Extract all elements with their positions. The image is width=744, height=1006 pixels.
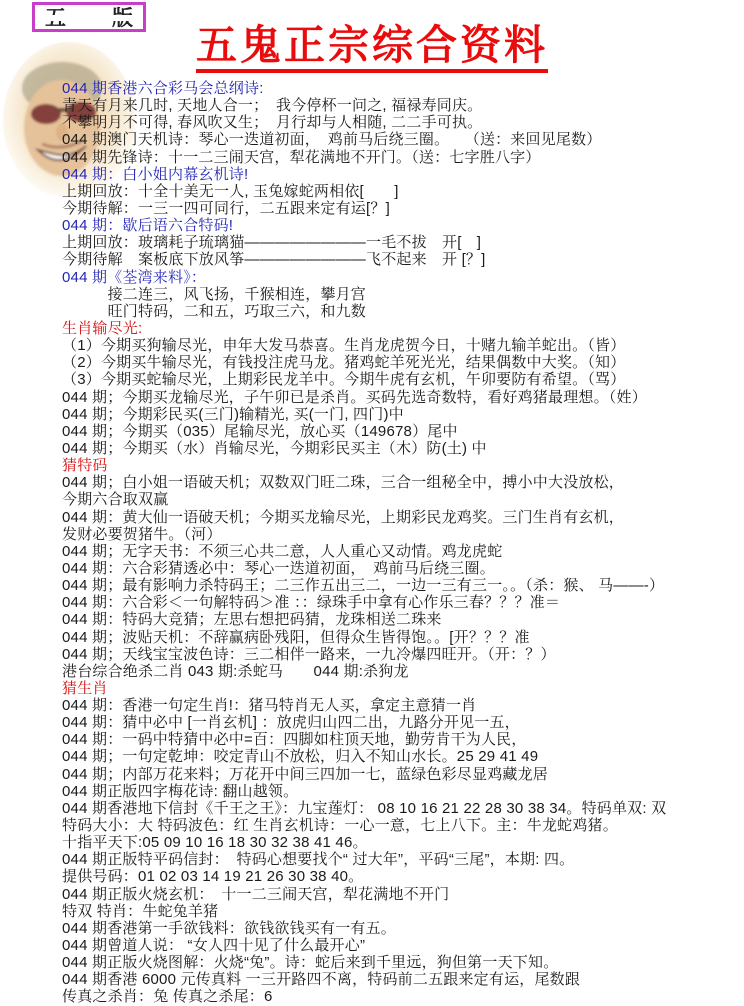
text-line: 上期回放：十全十美无一人, 玉兔嫁蛇两相依[ ] <box>62 183 742 200</box>
text-line: （3）今期买蛇输尽光，上期彩民龙羊中。今期牛虎有玄机，午卯要防有希望。（骂） <box>62 371 742 388</box>
text-line: 044 期：六合彩＜一句解特码＞准 ：：绿珠手中拿有心作乐三春？？？准＝ <box>62 594 742 611</box>
text-line: 044 期香港六合彩马会总纲诗: <box>62 80 742 97</box>
text-line: 旺门特码，二和五，巧取三六，和九数 <box>62 303 742 320</box>
text-line: 044 期；今期买（水）肖输尽光，今期彩民买主（木）防(土) 中 <box>62 440 742 457</box>
text-line: 044 期；波贴天机：不辞赢病卧残阳，但得众生皆得饱。。[开？？？准 <box>62 629 742 646</box>
text-line: 044 期；内部万花来料；万花开中间三四加一七，蓝绿色彩尽显鸡藏龙居 <box>62 766 742 783</box>
text-line: 044 期：白小姐内幕玄机诗! <box>62 166 742 183</box>
text-line: 今期六合取双赢 <box>62 491 742 508</box>
text-line: 044 期：猜中必中 [一肖玄机] ：放虎归山四二出，九路分开见一五， <box>62 714 742 731</box>
text-line: 特码大小：大 特码波色：红 生肖玄机诗：一心一意，七上八下。主：牛龙蛇鸡猪。 <box>62 817 742 834</box>
text-line: 044 期：黄大仙一语破天机；今期买龙输尽光，上期彩民龙鸡奖。三门生肖有玄机， <box>62 509 742 526</box>
text-line: 044 期：歇后语六合特码! <box>62 217 742 234</box>
text-line: 044 期；今期彩民买(三门)输精光, 买(一门, 四门)中 <box>62 406 742 423</box>
page-title: 五鬼正宗综合资料 <box>196 22 548 73</box>
stamp-slice-artifact <box>37 15 141 21</box>
text-line: 044 期香港第一手欲钱料：欲钱欲钱买有一有五。 <box>62 920 742 937</box>
text-line: 044 期《荃湾来料》： <box>62 269 742 286</box>
text-line: 港台综合绝杀二肖 043 期:杀蛇马 044 期:杀狗龙 <box>62 663 742 680</box>
text-line: 044 期；最有影响力杀特码王；二三作五出三二，一边一三有三一。。（杀：猴、 马… <box>62 577 742 594</box>
text-line: 生肖输尽光: <box>62 320 742 337</box>
text-line: 猜生肖 <box>62 680 742 697</box>
text-line: 044 期；一句定乾坤：咬定青山不放松，归入不知山水长。25 29 41 49 <box>62 748 742 765</box>
text-line: 044 期；无字天书：不须三心共二意，人人重心又动情。鸡龙虎蛇 <box>62 543 742 560</box>
text-line: 044 期正版火烧图解：火烧“兔”。诗：蛇后来到千里远，狗但第一天下知。 <box>62 954 742 971</box>
text-line: 044 期香港地下信封《千王之王》：九宝莲灯： 08 10 16 21 22 2… <box>62 800 742 817</box>
text-line: （1）今期买狗输尽光，申年大发马恭喜。生肖龙虎贺今日，十赌九输羊蛇出。（皆） <box>62 337 742 354</box>
text-line: 044 期澳门天机诗：琴心一迭道初面， 鸡前马后绕三圈。 （送：来回见尾数） <box>62 131 742 148</box>
text-line: 十指平天下:05 09 10 16 18 30 32 38 41 46。 <box>62 834 742 851</box>
text-line: 特双 特肖：牛蛇兔羊猪 <box>62 903 742 920</box>
text-line: 不攀明月不可得, 春风吹又生； 月行却与人相随, 二二手可执。 <box>62 114 742 131</box>
text-line: 044 期正版四字梅花诗: 翻山越领。 <box>62 783 742 800</box>
lottery-info-sheet: 五 版 <box>0 0 744 1006</box>
text-line: 044 期先锋诗：十一二三闹天宫，犁花满地不开门。（送：七字胜八字） <box>62 149 742 166</box>
text-line: 044 期；天线宝宝波色诗：三二相伴一路来，一九冷爆四旺开。（开：？） <box>62 646 742 663</box>
text-line: 044 期：特码大竞猜；左思右想把码猜，龙珠相送二珠来 <box>62 611 742 628</box>
text-line: 044 期；白小姐一语破天机；双数双门旺二珠，三合一组秘全中，搏小中大没放松， <box>62 474 742 491</box>
text-line: 提供号码：01 02 03 14 19 21 26 30 38 40。 <box>62 868 742 885</box>
text-line: 发财必要贺猪牛。（河） <box>62 526 742 543</box>
text-line: 今期待解：一三一四可同行，二五跟来定有运[？] <box>62 200 742 217</box>
edition-stamp: 五 版 <box>32 2 146 32</box>
text-line: 今期待解 案板底下放风筝————————飞不起来 开 [？] <box>62 251 742 268</box>
text-line: 044 期香港 6000 元传真料 一三开路四不离，特码前二五跟来定有运，尾数跟 <box>62 971 742 988</box>
text-line: 上期回放：玻璃耗子琉璃猫————————一毛不拔 开[ ] <box>62 234 742 251</box>
text-line: 接二连三，风飞扬，千猴相连，攀月宫 <box>62 286 742 303</box>
text-line: 044 期；今期买龙输尽光，子午卯已是杀肖。买码先选奇数特，看好鸡猪最理想。（姓… <box>62 389 742 406</box>
text-line: 044 期曾道人说： “女人四十见了什么最开心” <box>62 937 742 954</box>
text-line: 传真之杀肖：兔 传真之杀尾：6 <box>62 988 742 1005</box>
text-line: （2）今期买牛输尽光，有钱投注虎马龙。猪鸡蛇羊死光光，结果偶数中大奖。（知） <box>62 354 742 371</box>
text-line: 青天有月来几时, 天地人合一； 我今停杯一问之, 福禄寿同庆。 <box>62 97 742 114</box>
text-line: 044 期：香港一句定生肖!：猪马特肖无人买，拿定主意猜一肖 <box>62 697 742 714</box>
text-line: 猜特码 <box>62 457 742 474</box>
content-lines: 044 期香港六合彩马会总纲诗:青天有月来几时, 天地人合一； 我今停杯一问之,… <box>62 80 742 1006</box>
text-line: 044 期正版特平码信封： 特码心想要找个“ 过大年”，平码“三尾”，本期: 四… <box>62 851 742 868</box>
text-line: 044 期正版火烧玄机： 十一二三闹天宫，犁花满地不开门 <box>62 886 742 903</box>
text-line: 044 期：一码中特猜中必中=百：四脚如柱顶天地，勤劳肯干为人民， <box>62 731 742 748</box>
text-line: 044 期；今期买（035）尾输尽光，放心买（149678）尾中 <box>62 423 742 440</box>
text-line: 044 期：六合彩猜透必中：琴心一迭道初面， 鸡前马后绕三圈。 <box>62 560 742 577</box>
